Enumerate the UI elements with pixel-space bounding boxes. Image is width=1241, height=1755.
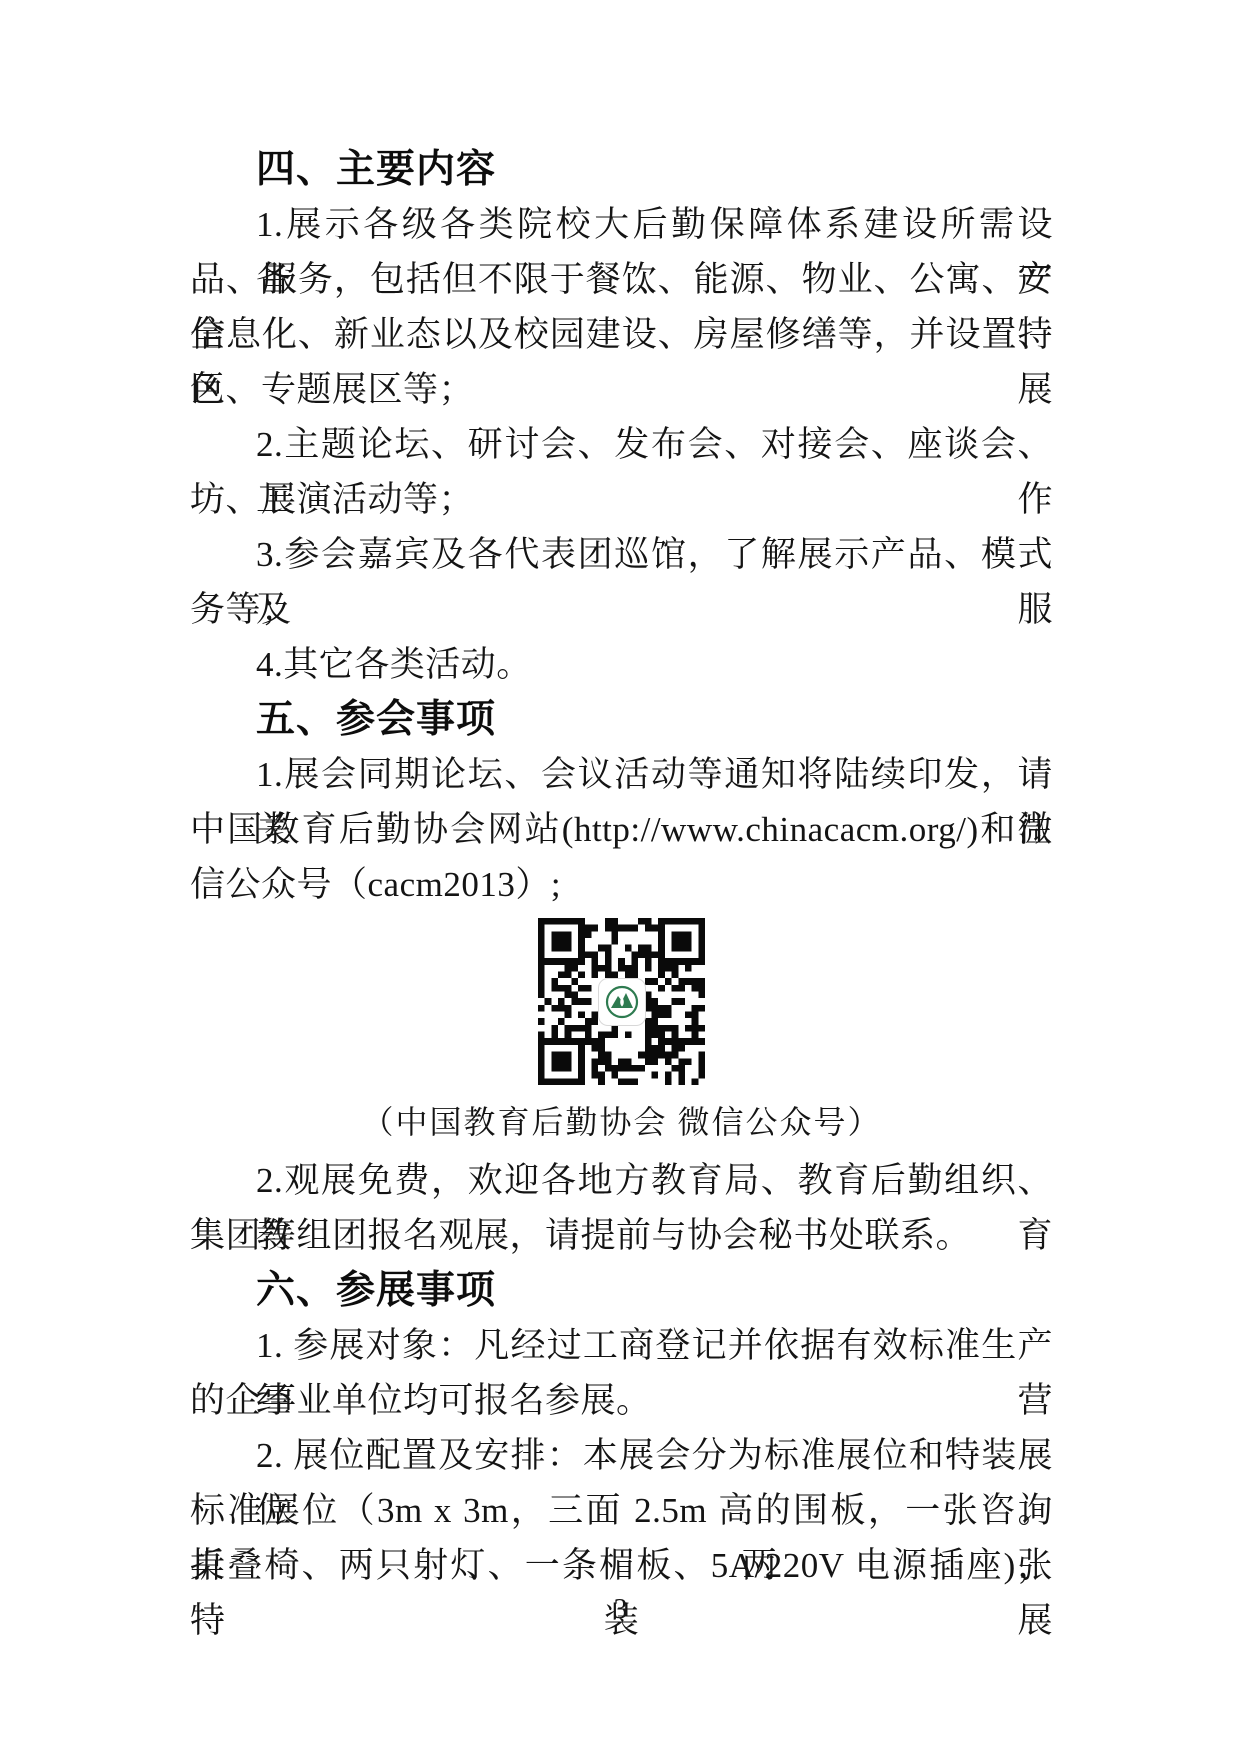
body-line: 3.参会嘉宾及各代表团巡馆，了解展示产品、模式及服 xyxy=(190,527,1053,582)
document-page: 四、主要内容1.展示各级各类院校大后勤保障体系建设所需设备、产品、服务，包括但不… xyxy=(0,0,1241,1755)
qr-row xyxy=(190,912,1053,1091)
body-line: 折叠椅、两只射灯、一条楣板、5A/220V 电源插座)，特装展 xyxy=(190,1538,1053,1593)
body-line: 信公众号（cacm2013）; xyxy=(190,857,1053,912)
body-line: 中国教育后勤协会网站(http://www.chinacacm.org/)和微 xyxy=(190,802,1053,857)
document-content: 四、主要内容1.展示各级各类院校大后勤保障体系建设所需设备、产品、服务，包括但不… xyxy=(190,142,1053,1593)
body-line: 集团等组团报名观展，请提前与协会秘书处联系。 xyxy=(190,1208,1053,1263)
section-heading: 五、参会事项 xyxy=(190,692,1053,747)
body-line: 信息化、新业态以及校园建设、房屋修缮等，并设置特色展 xyxy=(190,307,1053,362)
body-line: 品、服务，包括但不限于餐饮、能源、物业、公寓、安全、 xyxy=(190,252,1053,307)
qr-code xyxy=(538,918,705,1085)
body-line: 1.展示各级各类院校大后勤保障体系建设所需设备、产 xyxy=(190,197,1053,252)
qr-caption: （中国教育后勤协会 微信公众号） xyxy=(190,1091,1053,1153)
body-line: 1. 参展对象：凡经过工商登记并依据有效标准生产经营 xyxy=(190,1318,1053,1373)
section-heading: 四、主要内容 xyxy=(190,142,1053,197)
body-line: 1.展会同期论坛、会议活动等通知将陆续印发，请关注 xyxy=(190,747,1053,802)
qr-center-logo xyxy=(599,979,645,1025)
body-line: 2.观展免费，欢迎各地方教育局、教育后勤组织、教育 xyxy=(190,1153,1053,1208)
body-line: 4.其它各类活动。 xyxy=(190,637,1053,692)
section-heading: 六、参展事项 xyxy=(190,1263,1053,1318)
page-number: 3 xyxy=(0,1592,1241,1628)
body-line: 2. 展位配置及安排：本展会分为标准展位和特装展位。 xyxy=(190,1428,1053,1483)
body-line: 2.主题论坛、研讨会、发布会、对接会、座谈会、工作 xyxy=(190,417,1053,472)
body-line: 标准展位（3m x 3m，三面 2.5m 高的围板，一张咨询桌、两张 xyxy=(190,1483,1053,1538)
